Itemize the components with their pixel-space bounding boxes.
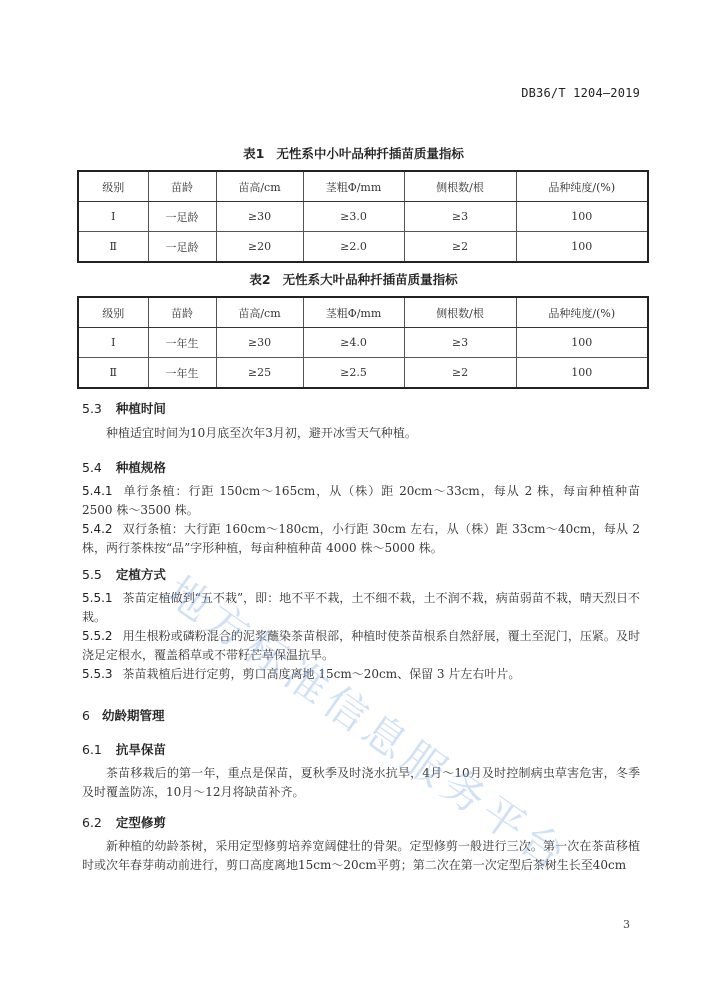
paragraph-6-1: 茶苗移栽后的第一年，重点是保苗，夏秋季及时浇水抗旱，4月～10月及时控制病虫草害… — [82, 764, 640, 802]
table2: 级别 苗龄 苗高/cm 茎粗Φ/mm 侧根数/根 品种纯度/(%) Ⅰ 一年生 … — [77, 296, 649, 389]
table1-header-cell: 茎粗Φ/mm — [303, 171, 404, 202]
section-heading-6-2: 6.2定型修剪 — [82, 813, 166, 831]
table-cell: 一足龄 — [148, 202, 216, 232]
section-heading-6: 6幼龄期管理 — [82, 706, 164, 724]
page-number: 3 — [623, 918, 630, 931]
clause-5-4-1: 5.4.1单行条植：行距 150cm～165cm，从（株）距 20cm～33cm… — [82, 482, 640, 520]
table1-caption-number: 表1 — [243, 146, 264, 161]
table1-header-cell: 品种纯度/(%) — [516, 171, 648, 202]
table2-header-cell: 侧根数/根 — [404, 297, 516, 328]
section-heading-5-4: 5.4种植规格 — [82, 458, 166, 476]
table2-header-cell: 品种纯度/(%) — [516, 297, 648, 328]
table-cell: 100 — [516, 358, 648, 389]
table-cell: ≥3.0 — [303, 202, 404, 232]
table-cell: 100 — [516, 202, 648, 232]
clause-5-5-3: 5.5.3茶苗栽植后进行定剪，剪口高度离地 15cm～20cm、保留 3 片左右… — [82, 665, 640, 684]
table1: 级别 苗龄 苗高/cm 茎粗Φ/mm 侧根数/根 品种纯度/(%) Ⅰ 一足龄 … — [77, 170, 649, 263]
table1-header-cell: 侧根数/根 — [404, 171, 516, 202]
table1-caption: 表1无性系中小叶品种扦插苗质量指标 — [0, 144, 707, 162]
section-heading-5-5: 5.5定植方式 — [82, 565, 166, 583]
table1-header-row: 级别 苗龄 苗高/cm 茎粗Φ/mm 侧根数/根 品种纯度/(%) — [78, 171, 648, 202]
clause-5-5-2: 5.5.2用生根粉或磷粉混合的泥浆蘸染茶苗根部，种植时使茶苗根系自然舒展，覆土至… — [82, 627, 640, 665]
table2-header-cell: 苗龄 — [148, 297, 216, 328]
table-cell: ≥2.5 — [303, 358, 404, 389]
clause-5-5-1: 5.5.1茶苗定植做到“五不栽”，即：地不平不栽，土不细不栽，土不润不栽，病苗弱… — [82, 589, 640, 627]
table2-header-cell: 苗高/cm — [216, 297, 303, 328]
table-cell: 一年生 — [148, 358, 216, 389]
table1-caption-title: 无性系中小叶品种扦插苗质量指标 — [276, 146, 464, 161]
table-cell: 一足龄 — [148, 232, 216, 263]
table-cell: ≥30 — [216, 328, 303, 358]
table-cell: 100 — [516, 328, 648, 358]
table-cell: ≥3 — [404, 202, 516, 232]
table-cell: ≥25 — [216, 358, 303, 389]
table-cell: ≥3 — [404, 328, 516, 358]
table-cell: ≥2 — [404, 358, 516, 389]
table-cell: 100 — [516, 232, 648, 263]
table2-caption-title: 无性系大叶品种扦插苗质量指标 — [283, 272, 458, 287]
paragraph-5-3: 种植适宜时间为10月底至次年3月初，避开冰雪天气种植。 — [82, 424, 640, 443]
table-cell: ≥4.0 — [303, 328, 404, 358]
table-cell: ≥2.0 — [303, 232, 404, 263]
table-row: Ⅱ 一年生 ≥25 ≥2.5 ≥2 100 — [78, 358, 648, 389]
table-cell: ≥30 — [216, 202, 303, 232]
table-row: Ⅰ 一足龄 ≥30 ≥3.0 ≥3 100 — [78, 202, 648, 232]
table-cell: Ⅰ — [78, 328, 148, 358]
table2-caption-number: 表2 — [249, 272, 270, 287]
table-cell: ≥20 — [216, 232, 303, 263]
table2-header-cell: 茎粗Φ/mm — [303, 297, 404, 328]
section-heading-6-1: 6.1抗旱保苗 — [82, 740, 166, 758]
table-cell: 一年生 — [148, 328, 216, 358]
table2-header-cell: 级别 — [78, 297, 148, 328]
document-page: DB36/T 1204—2019 表1无性系中小叶品种扦插苗质量指标 级别 苗龄… — [0, 0, 707, 1000]
table-row: Ⅰ 一年生 ≥30 ≥4.0 ≥3 100 — [78, 328, 648, 358]
table1-header-cell: 苗龄 — [148, 171, 216, 202]
table1-header-cell: 苗高/cm — [216, 171, 303, 202]
document-id: DB36/T 1204—2019 — [521, 86, 640, 100]
section-heading-5-3: 5.3种植时间 — [82, 399, 166, 417]
table1-header-cell: 级别 — [78, 171, 148, 202]
table2-caption: 表2无性系大叶品种扦插苗质量指标 — [0, 270, 707, 288]
table-row: Ⅱ 一足龄 ≥20 ≥2.0 ≥2 100 — [78, 232, 648, 263]
table2-header-row: 级别 苗龄 苗高/cm 茎粗Φ/mm 侧根数/根 品种纯度/(%) — [78, 297, 648, 328]
table-cell: ≥2 — [404, 232, 516, 263]
table-cell: Ⅱ — [78, 232, 148, 263]
clause-5-4-2: 5.4.2双行条植：大行距 160cm～180cm，小行距 30cm 左右，从（… — [82, 520, 640, 558]
paragraph-6-2: 新种植的幼龄茶树，采用定型修剪培养宽阔健壮的骨架。定型修剪一般进行三次。第一次在… — [82, 837, 640, 875]
table-cell: Ⅰ — [78, 202, 148, 232]
table-cell: Ⅱ — [78, 358, 148, 389]
